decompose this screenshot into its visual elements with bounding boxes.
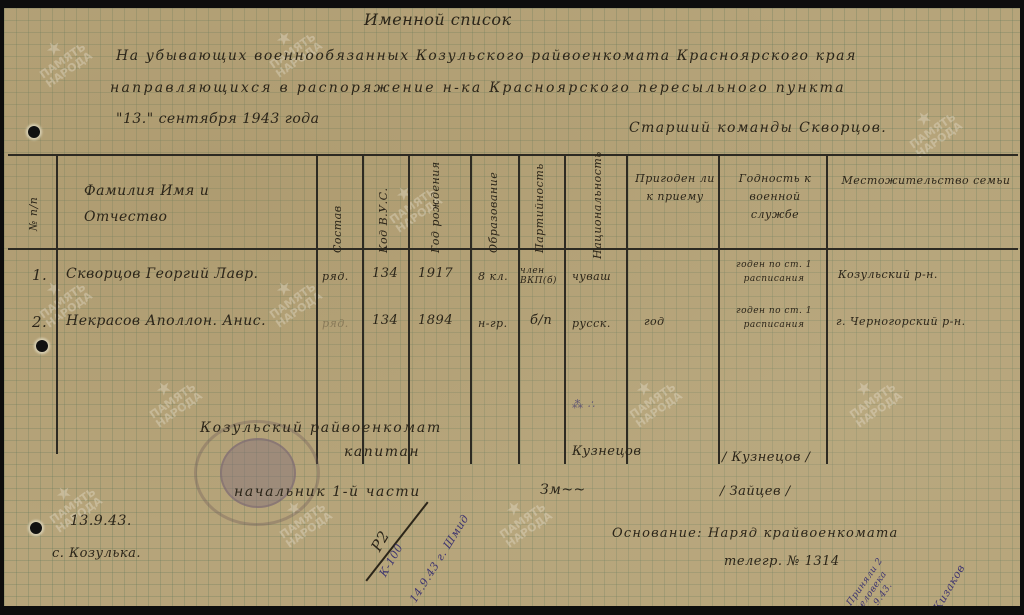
ink-mark: ⁂ ∴	[572, 398, 595, 411]
punch-hole	[30, 522, 42, 534]
row-family-residence: г. Черногорский р-н.	[836, 315, 966, 328]
watermark: ★ПАМЯТЬНАРОДА	[137, 366, 204, 429]
commissar-signature: Кузнецов	[572, 444, 641, 459]
header-vus-code: Код В.У.С.	[377, 187, 390, 253]
column-divider	[518, 154, 520, 464]
watermark: ★ПАМЯТЬНАРОДА	[897, 96, 964, 159]
row-education: 8 кл.	[478, 270, 508, 283]
intro-line-2: направляющихся в распоряжение н-ка Красн…	[110, 80, 846, 96]
header-birth-year: Год рождения	[429, 161, 442, 253]
column-divider	[564, 154, 566, 464]
column-divider	[362, 154, 364, 464]
column-divider	[718, 154, 720, 464]
header-nationality: Национальность	[591, 151, 604, 259]
row-nationality: чуваш	[572, 270, 611, 283]
row-vus-code: 134	[372, 266, 398, 281]
commissar-signature-name: / Кузнецов /	[722, 450, 810, 465]
table-top-border	[8, 154, 1018, 156]
document-title: Именной список	[364, 10, 512, 29]
accepted-note: Приняли 2 человека 14.9.43.	[845, 545, 912, 606]
row-rank: ряд.	[322, 270, 349, 283]
senior-team-label: Старший команды Скворцов.	[629, 120, 887, 136]
document-scan: ★ПАМЯТЬНАРОДА ★ПАМЯТЬНАРОДА ★ПАМЯТЬНАРОД…	[4, 8, 1020, 606]
row-vus-code: 134	[372, 313, 398, 328]
chief-signature-scrawl: Зм~~	[540, 482, 586, 498]
watermark: ★ПАМЯТЬНАРОДА	[837, 366, 904, 429]
watermark: ★ПАМЯТЬНАРОДА	[257, 266, 324, 329]
header-party: Партийность	[533, 163, 546, 253]
row-party: б/п	[530, 313, 552, 328]
header-fitness: Годность к военной службе	[726, 170, 824, 224]
chief-label: начальник 1-й части	[234, 484, 421, 500]
header-full-name: Фамилия Имя и Отчество	[84, 178, 284, 230]
header-fit-for-intake: Пригоден ли к приему	[634, 170, 716, 206]
row-birth-year: 1894	[418, 313, 453, 328]
column-divider	[626, 154, 628, 464]
commissar-role: капитан	[344, 444, 420, 460]
document-date: 13.9.43.	[70, 513, 132, 529]
basis-label: Основание: Наряд крайвоенкомата	[612, 526, 898, 541]
row-number: 2.	[32, 313, 47, 331]
commissar-title: Козульский райвоенкомат	[200, 420, 442, 436]
document-place: с. Козулька.	[52, 546, 141, 561]
row-rank: ряд.	[322, 317, 349, 330]
column-divider	[56, 154, 58, 454]
row-party: член ВКП(б)	[520, 266, 564, 286]
row-fit-for-intake: год	[644, 315, 665, 328]
header-education: Образование	[487, 172, 500, 253]
row-full-name: Некрасов Аполлон. Анис.	[66, 313, 266, 329]
watermark: ★ПАМЯТЬНАРОДА	[27, 26, 94, 89]
row-nationality: русск.	[572, 317, 611, 330]
header-number: № п/п	[27, 197, 40, 231]
column-divider	[316, 154, 318, 464]
table-header-divider	[8, 248, 1018, 250]
basis-number: телегр. № 1314	[724, 554, 840, 569]
column-divider	[470, 154, 472, 464]
row-fitness: годен по ст. 1 расписания	[726, 304, 822, 332]
row-birth-year: 1917	[418, 266, 453, 281]
intro-line-3: "13." сентября 1943 года	[116, 111, 320, 127]
received-date: 14.9.43 г. Шмид	[407, 512, 472, 605]
intro-line-1: На убывающих военнообязанных Козульского…	[116, 48, 857, 64]
header-family-residence: Местожительство семьи	[838, 172, 1014, 190]
column-divider	[826, 154, 828, 464]
punch-hole	[28, 126, 40, 138]
row-full-name: Скворцов Георгий Лавр.	[66, 266, 259, 282]
chief-signature: / Зайцев /	[720, 484, 791, 499]
row-number: 1.	[32, 266, 47, 284]
row-family-residence: Козульский р-н.	[838, 268, 938, 281]
punch-hole	[36, 340, 48, 352]
row-fitness: годен по ст. 1 расписания	[726, 258, 822, 286]
accepted-signature: Кизаков	[931, 562, 968, 606]
column-divider	[408, 154, 410, 464]
header-rank: Состав	[331, 205, 344, 253]
row-education: н-гр.	[478, 317, 508, 330]
